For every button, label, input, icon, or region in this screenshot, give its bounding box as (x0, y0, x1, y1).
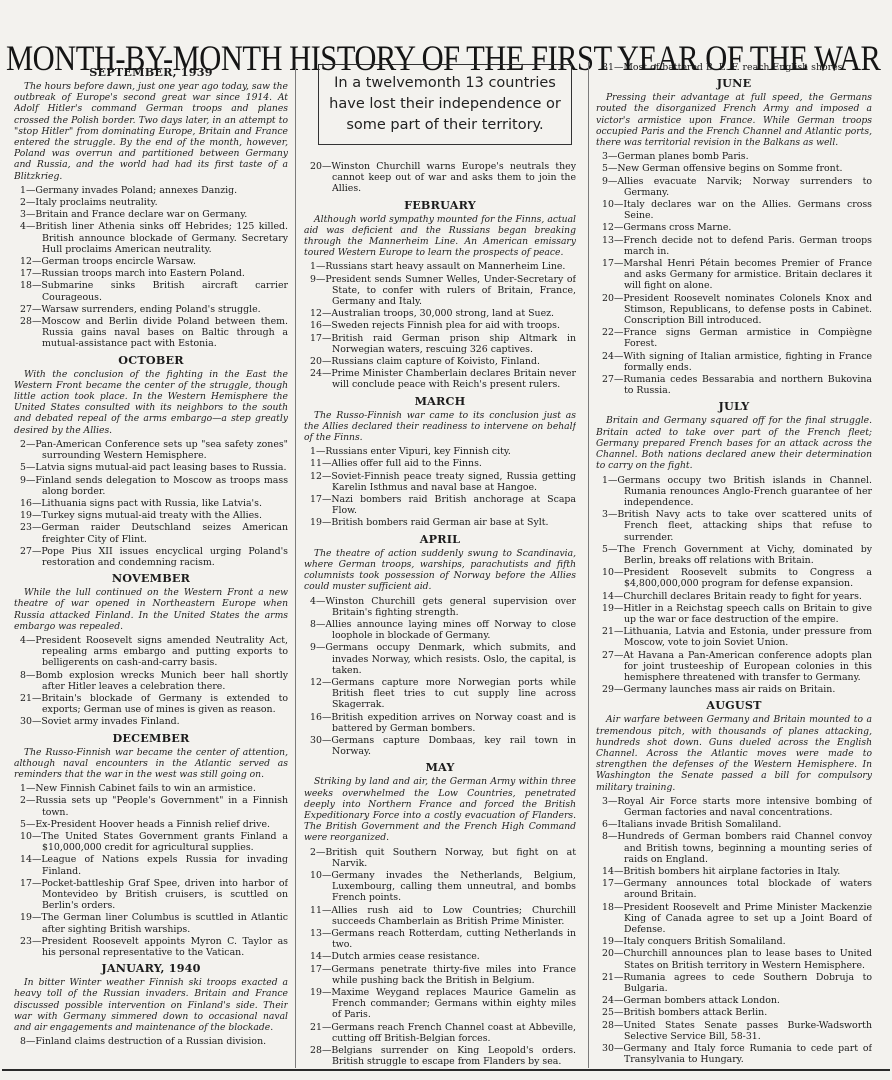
timeline-entry: 19—Hitler in a Reichstag speech calls on… (596, 603, 872, 625)
em-dash: — (32, 546, 41, 557)
entry-day: 14 (602, 866, 614, 877)
em-dash: — (32, 878, 41, 889)
month-heading: APRIL (304, 533, 576, 546)
timeline-entry: 19—Turkey signs mutual-aid treaty with t… (14, 510, 288, 521)
timeline-entry: 30—Germany and Italy force Rumania to ce… (596, 1043, 872, 1065)
month-summary: The theatre of action suddenly swung to … (304, 548, 576, 593)
entry-text: Finland sends delegation to Moscow as tr… (35, 475, 288, 497)
entry-day: 17 (602, 258, 614, 269)
timeline-entry: 17—Pocket-battleship Graf Spee, driven i… (14, 878, 288, 912)
em-dash: — (322, 677, 331, 688)
entry-day: 20 (310, 356, 322, 367)
entry-day: 10 (602, 567, 614, 578)
callout-box: In a twelvemonth 13 countries have lost … (318, 64, 572, 145)
em-dash: — (316, 446, 325, 457)
entry-text: President Roosevelt and Prime Minister M… (623, 902, 872, 935)
entry-text: Bomb explosion wrecks Munich beer hall s… (35, 670, 288, 692)
timeline-entry: 2—Italy proclaims neutrality. (14, 197, 288, 208)
month-summary: Britain and Germany squared off for the … (596, 415, 872, 471)
entry-text: Submarine sinks British aircraft carrier… (41, 280, 288, 302)
entry-text: Pocket-battleship Graf Spee, driven into… (41, 878, 288, 911)
entry-text: Germans occupy two British islands in Ch… (617, 475, 872, 508)
timeline-entry: 24—Prime Minister Chamberlain declares B… (304, 368, 576, 390)
em-dash: — (316, 596, 325, 607)
em-dash: — (608, 796, 617, 807)
timeline-entry: 21—Rumania agrees to cede Southern Dobru… (596, 972, 872, 994)
timeline-entry: 12—Germans capture more Norwegian ports … (304, 677, 576, 711)
entry-text: Australian troops, 30,000 strong, land a… (331, 308, 554, 319)
timeline-entry: 3—German planes bomb Paris. (596, 151, 872, 162)
em-dash: — (26, 197, 35, 208)
entry-text: New Finnish Cabinet fails to win an armi… (35, 783, 255, 794)
entry-day: 12 (310, 471, 322, 482)
entry-day: 12 (310, 308, 322, 319)
entry-text: Lithuania, Latvia and Estonia, under pre… (623, 626, 872, 648)
timeline-entry: 5—Ex-President Hoover heads a Finnish re… (14, 819, 288, 830)
timeline-entry: 8—Bomb explosion wrecks Munich beer hall… (14, 670, 288, 692)
em-dash: — (614, 374, 623, 385)
month-summary: Air warfare between Germany and Britain … (596, 714, 872, 792)
entry-text: Italy declares war on the Allies. German… (623, 199, 872, 221)
em-dash: — (322, 161, 331, 172)
entry-day: 28 (310, 1045, 322, 1056)
entry-text: Russians enter Vipuri, key Finnish city. (325, 446, 511, 457)
em-dash: — (614, 626, 623, 637)
entry-day: 18 (602, 902, 614, 913)
entry-text: British raid German prison ship Altmark … (331, 333, 576, 355)
entry-text: Churchill announces plan to lease bases … (623, 948, 872, 970)
entry-text: British Navy acts to take over scattered… (617, 509, 872, 542)
month-heading: SEPTEMBER, 1939 (14, 66, 288, 79)
entry-text: Prime Minister Chamberlain declares Brit… (331, 368, 576, 390)
month-heading: MARCH (304, 395, 576, 408)
entry-day: 20 (602, 948, 614, 959)
em-dash: — (26, 462, 35, 473)
entry-text: Churchill declares Britain ready to figh… (623, 591, 862, 602)
em-dash: — (26, 221, 35, 232)
em-dash: — (316, 274, 325, 285)
timeline-entry: 1—Russians start heavy assault on Manner… (304, 261, 576, 272)
entry-day: 27 (20, 304, 32, 315)
em-dash: — (608, 163, 617, 174)
entry-text: The French Government at Vichy, dominate… (617, 544, 872, 566)
entry-day: 17 (20, 268, 32, 279)
timeline-entry: 17—Russian troops march into Eastern Pol… (14, 268, 288, 279)
entry-day: 27 (20, 546, 32, 557)
entry-text: United States Senate passes Burke-Wadswo… (623, 1020, 872, 1042)
entry-day: 19 (310, 517, 322, 528)
month-heading: JULY (596, 400, 872, 413)
timeline-entry: 13—French decide not to defend Paris. Ge… (596, 235, 872, 257)
entry-text: German planes bomb Paris. (617, 151, 748, 162)
timeline-entry: 6—Italians invade British Somaliland. (596, 819, 872, 830)
month-summary: Pressing their advantage at full speed, … (596, 92, 872, 148)
entry-text: At Havana a Pan-American conference adop… (623, 650, 872, 683)
timeline-entry: 23—President Roosevelt appoints Myron C.… (14, 936, 288, 958)
em-dash: — (614, 878, 623, 889)
entry-day: 18 (20, 280, 32, 291)
month-summary: Although world sympathy mounted for the … (304, 214, 576, 259)
entry-text: President Roosevelt submits to Congress … (623, 567, 872, 589)
entry-text: Russians start heavy assault on Mannerhe… (325, 261, 565, 272)
timeline-entry: 8—Hundreds of German bombers raid Channe… (596, 831, 872, 865)
timeline-entry: 4—British liner Athenia sinks off Hebrid… (14, 221, 288, 255)
em-dash: — (614, 902, 623, 913)
entry-day: 10 (20, 831, 32, 842)
entry-text: Belgians surrender on King Leopold's ord… (331, 1045, 576, 1066)
entry-text: Britain and France declare war on German… (35, 209, 247, 220)
em-dash: — (614, 258, 623, 269)
entry-day: 21 (310, 1022, 322, 1033)
entry-text: French decide not to defend Paris. Germa… (623, 235, 872, 257)
em-dash: — (614, 235, 623, 246)
entry-day: 14 (20, 854, 32, 865)
month-summary: The Russo-Finnish war became the center … (14, 747, 288, 781)
em-dash: — (322, 308, 331, 319)
entry-text: Hitler in a Reichstag speech calls on Br… (623, 603, 872, 625)
timeline-entry: 1—Germany invades Poland; annexes Danzig… (14, 185, 288, 196)
timeline-entry: 12—Germans cross Marne. (596, 222, 872, 233)
entry-day: 10 (602, 199, 614, 210)
entry-text: Italy conquers British Somaliland. (623, 936, 785, 947)
timeline-entry: 14—Dutch armies cease resistance. (304, 951, 576, 962)
em-dash: — (26, 819, 35, 830)
em-dash: — (614, 327, 623, 338)
entry-day: 19 (20, 510, 32, 521)
entry-day: 14 (310, 951, 322, 962)
entry-text: Germans capture Dombaas, key rail town i… (331, 735, 576, 757)
em-dash: — (614, 222, 623, 233)
entry-day: 20 (310, 161, 322, 172)
timeline-entry: 18—President Roosevelt and Prime Ministe… (596, 902, 872, 936)
em-dash: — (322, 951, 331, 962)
em-dash: — (614, 351, 623, 362)
entry-day: 24 (310, 368, 322, 379)
entry-text: Pan-American Conference sets up "sea saf… (35, 439, 288, 461)
em-dash: — (322, 1045, 331, 1056)
em-dash: — (614, 684, 623, 695)
entry-text: Germany launches mass air raids on Brita… (623, 684, 835, 695)
entry-text: Germany and Italy force Rumania to cede … (623, 1043, 872, 1065)
entry-text: British quit Southern Norway, but fight … (325, 847, 576, 869)
entry-text: Italians invade British Somaliland. (617, 819, 781, 830)
timeline-entry: 2—British quit Southern Norway, but figh… (304, 847, 576, 869)
timeline-entry: 19—Italy conquers British Somaliland. (596, 936, 872, 947)
em-dash: — (26, 439, 35, 450)
entry-day: 17 (310, 494, 322, 505)
em-dash: — (26, 1036, 35, 1047)
timeline-entry: 3—British Navy acts to take over scatter… (596, 509, 872, 543)
timeline-entry: 20—Winston Churchill warns Europe's neut… (304, 161, 576, 195)
entry-text: France signs German armistice in Compièg… (623, 327, 872, 349)
entry-text: British liner Athenia sinks off Hebrides… (35, 221, 288, 254)
entry-text: German bombers attack London. (623, 995, 780, 1006)
column-right: 31—Most of battered B. E. F. reach Engli… (596, 62, 872, 1066)
timeline-entry: 22—France signs German armistice in Comp… (596, 327, 872, 349)
timeline-entry: 17—Nazi bombers raid British anchorage a… (304, 494, 576, 516)
timeline-entry: 4—President Roosevelt signs amended Neut… (14, 635, 288, 669)
newspaper-page: MONTH-BY-MONTH HISTORY OF THE FIRST YEAR… (0, 0, 892, 1080)
timeline-entry: 31—Most of battered B. E. F. reach Engli… (596, 62, 872, 73)
entry-text: Most of battered B. E. F. reach English … (623, 62, 845, 73)
timeline-entry: 9—Finland sends delegation to Moscow as … (14, 475, 288, 497)
entry-text: Britain's blockade of Germany is extende… (41, 693, 288, 715)
entry-text: Soviet-Finnish peace treaty signed, Russ… (331, 471, 576, 493)
timeline-entry: 13—Germans reach Rotterdam, cutting Neth… (304, 928, 576, 950)
entry-day: 27 (602, 374, 614, 385)
timeline-entry: 12—German troops encircle Warsaw. (14, 256, 288, 267)
timeline-entry: 9—President sends Sumner Welles, Under-S… (304, 274, 576, 308)
entry-text: Hundreds of German bombers raid Channel … (617, 831, 872, 864)
entry-text: Sweden rejects Finnish plea for aid with… (331, 320, 560, 331)
em-dash: — (322, 712, 331, 723)
entry-text: League of Nations expels Russia for inva… (41, 854, 288, 876)
em-dash: — (608, 176, 617, 187)
entry-text: British bombers raid German air base at … (331, 517, 548, 528)
entry-day: 24 (602, 995, 614, 1006)
entry-day: 31 (602, 62, 614, 73)
month-summary: The hours before dawn, just one year ago… (14, 81, 288, 182)
em-dash: — (26, 209, 35, 220)
entry-day: 19 (20, 912, 32, 923)
entry-day: 19 (602, 936, 614, 947)
entry-text: Nazi bombers raid British anchorage at S… (331, 494, 576, 516)
em-dash: — (32, 716, 41, 727)
entry-text: Royal Air Force starts more intensive bo… (617, 796, 872, 818)
em-dash: — (614, 1007, 623, 1018)
em-dash: — (614, 591, 623, 602)
em-dash: — (32, 831, 41, 842)
month-heading: MAY (304, 761, 576, 774)
timeline-entry: 23—German raider Deutschland seizes Amer… (14, 522, 288, 544)
em-dash: — (322, 517, 331, 528)
month-heading: JUNE (596, 77, 872, 90)
entry-text: Marshal Henri Pétain becomes Premier of … (623, 258, 872, 291)
timeline-entry: 30—Germans capture Dombaas, key rail tow… (304, 735, 576, 757)
timeline-entry: 1—New Finnish Cabinet fails to win an ar… (14, 783, 288, 794)
entry-day: 14 (602, 591, 614, 602)
timeline-entry: 28—United States Senate passes Burke-Wad… (596, 1020, 872, 1042)
entry-text: New German offensive begins on Somme fro… (617, 163, 842, 174)
timeline-entry: 21—Germans reach French Channel coast at… (304, 1022, 576, 1044)
timeline-entry: 16—Sweden rejects Finnish plea for aid w… (304, 320, 576, 331)
timeline-entry: 19—British bombers raid German air base … (304, 517, 576, 528)
timeline-entry: 27—Rumania cedes Bessarabia and northern… (596, 374, 872, 396)
em-dash: — (26, 475, 35, 486)
em-dash: — (32, 936, 41, 947)
timeline-entry: 4—Winston Churchill gets general supervi… (304, 596, 576, 618)
timeline-entry: 16—British expedition arrives on Norway … (304, 712, 576, 734)
entry-day: 30 (20, 716, 32, 727)
entry-day: 10 (310, 870, 322, 881)
entry-text: Dutch armies cease resistance. (331, 951, 479, 962)
em-dash: — (322, 735, 331, 746)
timeline-entry: 27—At Havana a Pan-American conference a… (596, 650, 872, 684)
entry-text: Germans capture more Norwegian ports whi… (331, 677, 576, 710)
month-heading: AUGUST (596, 699, 872, 712)
entry-day: 19 (602, 603, 614, 614)
em-dash: — (614, 650, 623, 661)
em-dash: — (322, 356, 331, 367)
entry-text: Moscow and Berlin divide Poland between … (41, 316, 288, 349)
entry-day: 24 (602, 351, 614, 362)
em-dash: — (614, 866, 623, 877)
em-dash: — (322, 1022, 331, 1033)
em-dash: — (322, 870, 331, 881)
timeline-entry: 1—Russians enter Vipuri, key Finnish cit… (304, 446, 576, 457)
entry-day: 12 (602, 222, 614, 233)
entry-text: Germans reach Rotterdam, cutting Netherl… (331, 928, 576, 950)
em-dash: — (32, 316, 41, 327)
timeline-entry: 21—Britain's blockade of Germany is exte… (14, 693, 288, 715)
em-dash: — (32, 280, 41, 291)
timeline-entry: 29—Germany launches mass air raids on Br… (596, 684, 872, 695)
timeline-entry: 5—Latvia signs mutual-aid pact leasing b… (14, 462, 288, 473)
timeline-entry: 2—Russia sets up "People's Government" i… (14, 795, 288, 817)
entry-day: 25 (602, 1007, 614, 1018)
em-dash: — (614, 603, 623, 614)
em-dash: — (32, 304, 41, 315)
em-dash: — (32, 693, 41, 704)
entry-text: Russians claim capture of Koivisto, Finl… (331, 356, 540, 367)
entry-text: British bombers hit airplane factories i… (623, 866, 840, 877)
entry-day: 30 (310, 735, 322, 746)
entry-day: 29 (602, 684, 614, 695)
entry-text: Allies evacuate Narvik; Norway surrender… (617, 176, 872, 198)
timeline-entry: 12—Australian troops, 30,000 strong, lan… (304, 308, 576, 319)
em-dash: — (322, 458, 331, 469)
bottom-rule (2, 1069, 890, 1071)
month-heading: JANUARY, 1940 (14, 962, 288, 975)
month-summary: The Russo-Finnish war came to its conclu… (304, 410, 576, 444)
timeline-entry: 11—Allies offer full aid to the Finns. (304, 458, 576, 469)
em-dash: — (32, 256, 41, 267)
em-dash: — (322, 987, 331, 998)
entry-text: Winston Churchill gets general supervisi… (325, 596, 576, 618)
em-dash: — (614, 62, 623, 73)
entry-text: Rumania agrees to cede Southern Dobruja … (623, 972, 872, 994)
entry-day: 17 (310, 333, 322, 344)
entry-text: Rumania cedes Bessarabia and northern Bu… (623, 374, 872, 396)
column-divider (588, 62, 589, 1068)
em-dash: — (322, 494, 331, 505)
em-dash: — (322, 320, 331, 331)
entry-day: 19 (310, 987, 322, 998)
entry-day: 17 (20, 878, 32, 889)
entry-day: 16 (310, 320, 322, 331)
timeline-entry: 17—British raid German prison ship Altma… (304, 333, 576, 355)
em-dash: — (322, 928, 331, 939)
entry-day: 21 (20, 693, 32, 704)
entry-text: Soviet army invades Finland. (41, 716, 179, 727)
em-dash: — (32, 510, 41, 521)
entry-day: 20 (602, 293, 614, 304)
entry-day: 21 (602, 972, 614, 983)
entry-text: President Roosevelt nominates Colonels K… (623, 293, 872, 326)
timeline-entry: 5—The French Government at Vichy, domina… (596, 544, 872, 566)
entry-day: 12 (20, 256, 32, 267)
entry-day: 16 (20, 498, 32, 509)
entry-text: Latvia signs mutual-aid pact leasing bas… (35, 462, 286, 473)
entry-text: British expedition arrives on Norway coa… (331, 712, 576, 734)
month-summary: While the lull continued on the Western … (14, 587, 288, 632)
entry-day: 17 (602, 878, 614, 889)
entry-day: 13 (602, 235, 614, 246)
month-heading: NOVEMBER (14, 572, 288, 585)
em-dash: — (316, 261, 325, 272)
em-dash: — (608, 819, 617, 830)
entry-day: 28 (602, 1020, 614, 1031)
entry-text: President sends Sumner Welles, Under-Sec… (325, 274, 576, 307)
entry-text: Russian troops march into Eastern Poland… (41, 268, 245, 279)
timeline-entry: 10—President Roosevelt submits to Congre… (596, 567, 872, 589)
entry-day: 28 (20, 316, 32, 327)
em-dash: — (322, 333, 331, 344)
entry-day: 23 (20, 936, 32, 947)
entry-text: Pope Pius XII issues encyclical urging P… (41, 546, 288, 568)
em-dash: — (614, 995, 623, 1006)
entry-day: 23 (20, 522, 32, 533)
em-dash: — (26, 795, 35, 806)
em-dash: — (26, 635, 35, 646)
entry-text: President Roosevelt signs amended Neutra… (35, 635, 288, 668)
entry-text: Allies offer full aid to the Finns. (331, 458, 482, 469)
timeline-entry: 17—Germany announces total blockade of w… (596, 878, 872, 900)
timeline-entry: 2—Pan-American Conference sets up "sea s… (14, 439, 288, 461)
em-dash: — (26, 783, 35, 794)
timeline-entry: 19—The German liner Columbus is scuttled… (14, 912, 288, 934)
timeline-entry: 24—With signing of Italian armistice, fi… (596, 351, 872, 373)
month-heading: DECEMBER (14, 732, 288, 745)
entry-day: 12 (310, 677, 322, 688)
entry-text: Lithuania signs pact with Russia, like L… (41, 498, 262, 509)
timeline-entry: 18—Submarine sinks British aircraft carr… (14, 280, 288, 302)
entry-day: 30 (602, 1043, 614, 1054)
timeline-entry: 10—Italy declares war on the Allies. Ger… (596, 199, 872, 221)
em-dash: — (608, 509, 617, 520)
entry-text: Ex-President Hoover heads a Finnish reli… (35, 819, 270, 830)
entry-text: With signing of Italian armistice, fight… (623, 351, 872, 373)
entry-text: Germany invades Poland; annexes Danzig. (35, 185, 237, 196)
em-dash: — (614, 948, 623, 959)
em-dash: — (32, 912, 41, 923)
timeline-entry: 14—League of Nations expels Russia for i… (14, 854, 288, 876)
entry-text: Turkey signs mutual-aid treaty with the … (41, 510, 262, 521)
entry-text: Germans penetrate thirty-five miles into… (331, 964, 576, 986)
entry-day: 16 (310, 712, 322, 723)
entry-text: Germans occupy Denmark, which submits, a… (325, 642, 576, 675)
em-dash: — (322, 905, 331, 916)
month-summary: In bitter Winter weather Finnish ski tro… (14, 977, 288, 1033)
timeline-entry: 9—Germans occupy Denmark, which submits,… (304, 642, 576, 676)
month-heading: FEBRUARY (304, 199, 576, 212)
column-divider (295, 62, 296, 1068)
entry-text: Italy proclaims neutrality. (35, 197, 157, 208)
em-dash: — (32, 522, 41, 533)
timeline-entry: 27—Warsaw surrenders, ending Poland's st… (14, 304, 288, 315)
em-dash: — (322, 368, 331, 379)
em-dash: — (32, 854, 41, 865)
entry-text: Maxime Weygand replaces Maurice Gamelin … (331, 987, 576, 1020)
entry-text: Finland claims destruction of a Russian … (35, 1036, 266, 1047)
em-dash: — (614, 936, 623, 947)
entry-day: 11 (310, 458, 322, 469)
timeline-entry: 10—Germany invades the Netherlands, Belg… (304, 870, 576, 904)
timeline-entry: 20—Churchill announces plan to lease bas… (596, 948, 872, 970)
timeline-entry: 9—Allies evacuate Narvik; Norway surrend… (596, 176, 872, 198)
timeline-entry: 8—Allies announce laying mines off Norwa… (304, 619, 576, 641)
timeline-entry: 20—Russians claim capture of Koivisto, F… (304, 356, 576, 367)
